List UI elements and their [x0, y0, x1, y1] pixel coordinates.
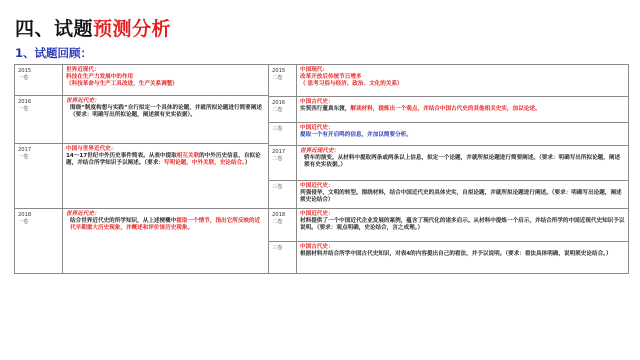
section-subtitle: 1、试题回顾：: [15, 46, 92, 60]
left-exam-table: 2015 一卷 世界近现代： 科技在生产力发展中的作用 （科技革命与生产工具改进…: [14, 64, 269, 274]
topic-heading: 世界近现代：: [66, 67, 265, 74]
table-row: 三卷 中国近代史： 提取一个有开启鸣的信息，并加以简要分析。: [269, 123, 629, 146]
question-text: 围绕“制度构想与实践”自行拟定一个具体的论题，并就所拟论题进行简要阐述（要求：明…: [66, 105, 265, 120]
content-cell: 世界近现代： 科技在生产力发展中的作用 （科技革命与生产工具改进，生产关系调整）: [63, 65, 269, 96]
year-label: 2017: [18, 147, 59, 154]
content-cell: 世界近现代史： 轿车的演变。从材料中提取两条或两条以上信息，拟定一个论题，并就所…: [297, 146, 629, 181]
topic-heading: 中国近代史：: [300, 211, 625, 218]
content-cell: 中国近代史： 材料提供了一个中国近代企业发展的案例，蕴含了现代化的诸多启示。从材…: [297, 209, 629, 242]
topic-heading: 中国近代史：: [300, 183, 625, 190]
table-row: 2015 二卷 中国现代： 改革开放后传统节日增多 （ 思考习俗与经济、政治、文…: [269, 65, 629, 97]
paper-label: 二卷: [272, 219, 293, 226]
paper-label: 一卷: [18, 154, 59, 161]
content-cell: 中国与世界近代史： 14～17世纪中外历史事件简表。从表中提取相互关联的中外历史…: [63, 144, 269, 209]
paper-label: 一卷: [18, 219, 59, 226]
paper-label: 一卷: [18, 106, 59, 113]
highlight-text: 解读材料，提炼出一个观点，并结合中国古代史的其他相关史实，加以论述。: [350, 106, 540, 112]
page-title-black: 四、试题: [15, 18, 93, 40]
paper-label: 二卷: [272, 156, 293, 163]
year-label: 2015: [18, 68, 59, 75]
content-cell: 世界近代史： 围绕“制度构想与实践”自行拟定一个具体的论题，并就所拟论题进行简要…: [63, 96, 269, 144]
content-cell: 中国近代史： 列强侵华，文明的转型。围绕材料，结合中国近代史的具体史实，自拟论题…: [297, 181, 629, 209]
year-label: 2016: [272, 100, 293, 107]
topic-heading: 中国古代史：: [300, 244, 625, 251]
highlight-text: 相互关联: [177, 153, 199, 159]
content-line: （ 思考习俗与经济、政治、文化的关系）: [300, 81, 625, 88]
question-text: 结合世界近代史的所学知识，从上述梗概中提取一个情节，指出它所反映的近代早期重大历…: [66, 218, 265, 233]
table-row: 2016 二卷 中国古代史： 实契西行董真东渡，解读材料，提炼出一个观点，并结合…: [269, 97, 629, 123]
question-text: 提取一个有开启鸣的信息，并加以简要分析。: [300, 132, 625, 139]
topic-heading: 中国近代史：: [300, 125, 625, 132]
year-cell: 三卷: [269, 181, 297, 209]
right-exam-table: 2015 二卷 中国现代： 改革开放后传统节日增多 （ 思考习俗与经济、政治、文…: [268, 64, 629, 274]
topic-heading: 中国古代史：: [300, 99, 625, 106]
paper-label: 三卷: [272, 184, 293, 191]
year-label: 2016: [18, 99, 59, 106]
question-text: 轿车的演变。从材料中提取两条或两条以上信息，拟定一个论题，并就所拟论题进行简要阐…: [300, 155, 625, 170]
text-part: ）: [245, 160, 251, 166]
page-title: 四、试题预测分析: [15, 18, 171, 40]
table-row: 2018 一卷 世界近代史： 结合世界近代史的所学知识，从上述梗概中提取一个情节…: [15, 209, 269, 274]
paper-label: 三卷: [272, 126, 293, 133]
year-cell: 2018 二卷: [269, 209, 297, 242]
content-line: （科技革命与生产工具改进，生产关系调整）: [66, 81, 265, 88]
paper-label: 二卷: [272, 75, 293, 82]
table-row: 2018 二卷 中国近代史： 材料提供了一个中国近代企业发展的案例，蕴含了现代化…: [269, 209, 629, 242]
table-row: 2015 一卷 世界近现代： 科技在生产力发展中的作用 （科技革命与生产工具改进…: [15, 65, 269, 96]
question-text: 实契西行董真东渡，解读材料，提炼出一个观点，并结合中国古代史的其他相关史实，加以…: [300, 106, 625, 113]
table-row: 2016 一卷 世界近代史： 围绕“制度构想与实践”自行拟定一个具体的论题，并就…: [15, 96, 269, 144]
content-cell: 中国近代史： 提取一个有开启鸣的信息，并加以简要分析。: [297, 123, 629, 146]
content-cell: 中国现代： 改革开放后传统节日增多 （ 思考习俗与经济、政治、文化的关系）: [297, 65, 629, 97]
paper-label: 一卷: [18, 75, 59, 82]
text-part: 结合世界近代史的所学知识，从上述梗概中: [70, 218, 176, 224]
year-cell: 2018 一卷: [15, 209, 63, 274]
year-cell: 2017 二卷: [269, 146, 297, 181]
text-part: 实契西行董真东渡，: [300, 106, 350, 112]
content-cell: 中国古代史： 根据材料并结合所学中国古代史知识，对表4的内容提出自己的看法，并予…: [297, 242, 629, 274]
page-title-red: 预测分析: [93, 18, 171, 40]
topic-heading: 世界近代史：: [66, 211, 265, 218]
topic-heading: 中国与世界近代史：: [66, 146, 265, 153]
table-row: 三卷 中国古代史： 根据材料并结合所学中国古代史知识，对表4的内容提出自己的看法…: [269, 242, 629, 274]
year-label: 2018: [18, 212, 59, 219]
year-cell: 2015 二卷: [269, 65, 297, 97]
year-cell: 2015 一卷: [15, 65, 63, 96]
table-row: 三卷 中国近代史： 列强侵华，文明的转型。围绕材料，结合中国近代史的具体史实，自…: [269, 181, 629, 209]
paper-label: 三卷: [272, 245, 293, 252]
content-cell: 中国古代史： 实契西行董真东渡，解读材料，提炼出一个观点，并结合中国古代史的其他…: [297, 97, 629, 123]
topic-heading: 中国现代：: [300, 67, 625, 74]
year-label: 2015: [272, 68, 293, 75]
year-cell: 2017 一卷: [15, 144, 63, 209]
topic-heading: 世界近代史：: [66, 98, 265, 105]
topic-heading: 世界近现代史：: [300, 148, 625, 155]
text-part: 14～17世纪中外历史事件简表。从表中提取: [66, 153, 177, 159]
year-label: 2018: [272, 212, 293, 219]
question-text: 材料提供了一个中国近代企业发展的案例，蕴含了现代化的诸多启示。从材料中提炼一个启…: [300, 218, 625, 233]
paper-label: 二卷: [272, 107, 293, 114]
question-text: 根据材料并结合所学中国古代史知识，对表4的内容提出自己的看法，并予以说明。（要求…: [300, 251, 625, 258]
question-text: 14～17世纪中外历史事件简表。从表中提取相互关联的中外历史信息，自拟论题，并结…: [66, 153, 265, 168]
table-row: 2017 二卷 世界近现代史： 轿车的演变。从材料中提取两条或两条以上信息，拟定…: [269, 146, 629, 181]
year-cell: 三卷: [269, 123, 297, 146]
highlight-text: 写明论题，中外关联，史论结合。: [164, 160, 245, 166]
table-row: 2017 一卷 中国与世界近代史： 14～17世纪中外历史事件简表。从表中提取相…: [15, 144, 269, 209]
year-cell: 三卷: [269, 242, 297, 274]
year-label: 2017: [272, 149, 293, 156]
content-cell: 世界近代史： 结合世界近代史的所学知识，从上述梗概中提取一个情节，指出它所反映的…: [63, 209, 269, 274]
year-cell: 2016 一卷: [15, 96, 63, 144]
question-text: 列强侵华，文明的转型。围绕材料，结合中国近代史的具体史实，自拟论题，并就所拟论题…: [300, 190, 625, 205]
year-cell: 2016 二卷: [269, 97, 297, 123]
